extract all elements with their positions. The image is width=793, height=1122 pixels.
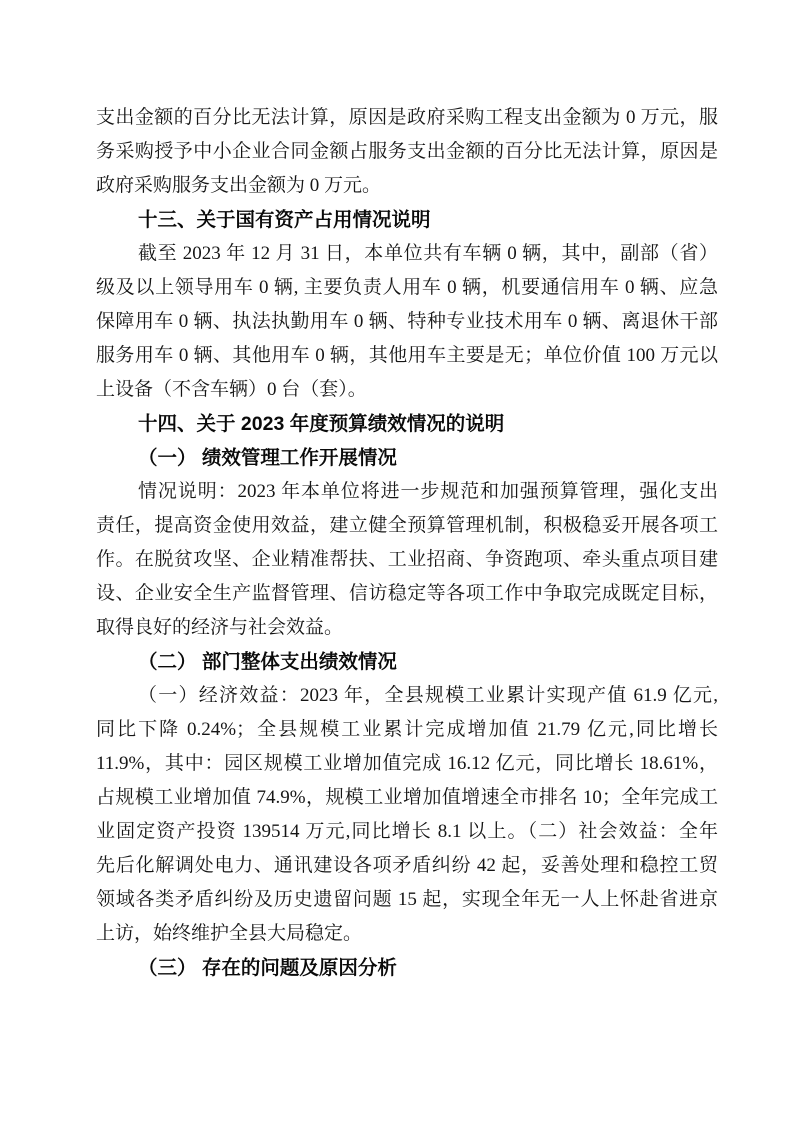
document-text-block: 支出金额的百分比无法计算，原因是政府采购工程支出金额为 0 万元，服务采购授予中…	[96, 101, 718, 985]
paragraph-procurement-explanation-line: 支出金额的百分比无法计算，原因是政府采购工程支出金额为 0 万元，服	[96, 101, 718, 135]
paragraph-performance-management-line: 情况说明：2023 年本单位将进一步规范和加强预算管理，强化支出	[96, 475, 718, 509]
paragraph-overall-expenditure-performance-line: 占规模工业增加值 74.9%，规模工业增加值增速全市排名 10；全年完成工	[96, 781, 718, 815]
paragraph-state-assets-line: 保障用车 0 辆、执法执勤用车 0 辆、特种专业技术用车 0 辆、离退休干部	[96, 305, 718, 339]
heading-section-13: 十三、关于国有资产占用情况说明	[96, 203, 718, 237]
document-page: 支出金额的百分比无法计算，原因是政府采购工程支出金额为 0 万元，服务采购授予中…	[0, 0, 793, 1122]
paragraph-overall-expenditure-performance-line: 领域各类矛盾纠纷及历史遗留问题 15 起，实现全年无一人上怀赴省进京	[96, 883, 718, 917]
paragraph-procurement-explanation-line: 政府采购服务支出金额为 0 万元。	[96, 169, 718, 203]
paragraph-state-assets-line: 截至 2023 年 12 月 31 日，本单位共有车辆 0 辆，其中，副部（省）	[96, 237, 718, 271]
paragraph-performance-management-line: 取得良好的经济与社会效益。	[96, 611, 718, 645]
heading-section-14: 十四、关于 2023 年度预算绩效情况的说明	[96, 407, 718, 441]
paragraph-performance-management-line: 责任，提高资金使用效益，建立健全预算管理机制，积极稳妥开展各项工	[96, 509, 718, 543]
subheading-14-2: （二） 部门整体支出绩效情况	[96, 645, 718, 679]
paragraph-state-assets-line: 服务用车 0 辆、其他用车 0 辆，其他用车主要是无；单位价值 100 万元以	[96, 339, 718, 373]
paragraph-overall-expenditure-performance-line: 先后化解调处电力、通讯建设各项矛盾纠纷 42 起，妥善处理和稳控工贸	[96, 849, 718, 883]
paragraph-overall-expenditure-performance-line: 同比下降 0.24%；全县规模工业累计完成增加值 21.79 亿元,同比增长	[96, 713, 718, 747]
paragraph-state-assets-line: 级及以上领导用车 0 辆, 主要负责人用车 0 辆，机要通信用车 0 辆、应急	[96, 271, 718, 305]
subheading-14-3: （三） 存在的问题及原因分析	[96, 951, 718, 985]
paragraph-overall-expenditure-performance-line: 上访，始终维护全县大局稳定。	[96, 917, 718, 951]
paragraph-procurement-explanation-line: 务采购授予中小企业合同金额占服务支出金额的百分比无法计算，原因是	[96, 135, 718, 169]
paragraph-performance-management-line: 设、企业安全生产监督管理、信访稳定等各项工作中争取完成既定目标，	[96, 577, 718, 611]
subheading-14-1: （一） 绩效管理工作开展情况	[96, 441, 718, 475]
paragraph-state-assets-line: 上设备（不含车辆）0 台（套）。	[96, 373, 718, 407]
paragraph-overall-expenditure-performance-line: （一）经济效益：2023 年，全县规模工业累计实现产值 61.9 亿元,	[96, 679, 718, 713]
paragraph-overall-expenditure-performance-line: 业固定资产投资 139514 万元,同比增长 8.1 以上。（二）社会效益：全年	[96, 815, 718, 849]
paragraph-performance-management-line: 作。在脱贫攻坚、企业精准帮扶、工业招商、争资跑项、牵头重点项目建	[96, 543, 718, 577]
paragraph-overall-expenditure-performance-line: 11.9%，其中：园区规模工业增加值完成 16.12 亿元，同比增长 18.61…	[96, 747, 718, 781]
